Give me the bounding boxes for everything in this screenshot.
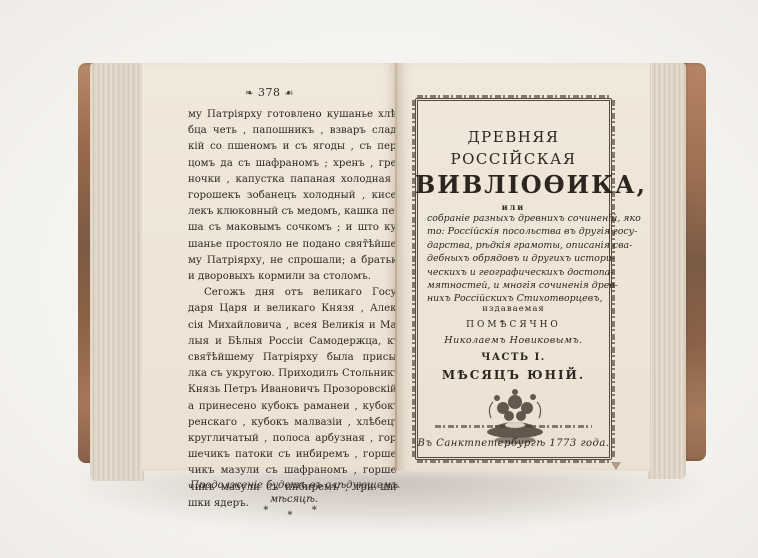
- ornament-right-icon: ☙: [284, 88, 293, 99]
- asterisk-icon: *: [312, 505, 325, 516]
- text-line: ночки , капустка папаная холодная ,: [188, 172, 400, 188]
- left-page: ❧ 378 ☙ му Патріярху готовлено кушанье х…: [142, 63, 397, 471]
- text-line: му Патріярху, не спрошали; а братью: [188, 253, 400, 269]
- asterisk-icon: *: [263, 505, 276, 516]
- chain-ornament-bottom: [417, 459, 610, 463]
- text-line: лекъ клюковный съ медомъ, кашка пер-: [188, 204, 400, 220]
- text-line: свят̃ѣйшему Патріярху была присы-: [188, 350, 400, 366]
- text-line: а принесено кубокъ раманеи , кубокъ: [188, 399, 400, 415]
- description-line: дебныхъ обрядовъ и другихъ истори-: [427, 252, 600, 265]
- text-line: горошекъ зобанецъ холодный , кисе-: [188, 188, 400, 204]
- text-line: бца четь , папошникъ , взваръ слад-: [188, 123, 400, 139]
- title-description: собраніе разныхъ древнихъ сочиненій, яко…: [427, 212, 600, 306]
- title-line-3: ВИВЛІОѲИКА,: [415, 170, 612, 199]
- text-line: сія Михайловича , всея Великія и Ма-: [188, 318, 400, 334]
- text-line: Князь Петръ Ивановичъ Прозоровскій,: [188, 382, 400, 398]
- text-line: шанье простояло не подано свят̃ѣйше-: [188, 237, 400, 253]
- title-line-2: РОССІЙСКАЯ: [415, 150, 612, 168]
- page-edges-right: [648, 63, 686, 479]
- page-edges-left: [90, 63, 144, 481]
- text-line: му Патріярху готовлено кушанье хлѣ-: [188, 107, 400, 123]
- continuation-note: Продолженіе будетъ въ слѣдующемъ мѣсяцѣ.: [188, 479, 400, 507]
- page-number: ❧ 378 ☙: [142, 86, 397, 99]
- text-line: кругличатый , полоса арбузная , гор-: [188, 431, 400, 447]
- month-label: МѢСЯЦЪ ЮНІЙ.: [415, 368, 612, 382]
- part-number: ЧАСТЬ I.: [415, 352, 612, 363]
- text-line: ша съ маковымъ сочкомъ ; и што ку-: [188, 220, 400, 236]
- page-number-value: 378: [258, 86, 281, 99]
- text-line: лыя и Бѣлыя Россіи Самодержца, къ: [188, 334, 400, 350]
- text-line: кій со пшеномъ и съ ягоды , съ пер-: [188, 139, 400, 155]
- book-photograph: ❧ 378 ☙ му Патріярху готовлено кушанье х…: [0, 0, 758, 558]
- text-line: чикъ мазули съ шафраномъ , горше-: [188, 463, 400, 479]
- text-line: цомъ да съ шафраномъ ; хренъ , гре-: [188, 156, 400, 172]
- description-line: то: Россійскія посольства въ другія госу…: [427, 225, 600, 238]
- asterism: * * *: [188, 505, 400, 516]
- description-line: мятностей, и многія сочиненія древ-: [427, 279, 600, 292]
- published-label: издаваемая: [415, 304, 612, 314]
- subtitle-or: или: [415, 202, 612, 212]
- description-line: дарства, рѣдкія грамоты, описанія сва-: [427, 239, 600, 252]
- body-text: му Патріярху готовлено кушанье хлѣ-бца ч…: [188, 107, 400, 512]
- text-line: лка съ укругою. Приходилъ Стольникъ: [188, 366, 400, 382]
- publisher-name: Николаемъ Новиковымъ.: [415, 335, 612, 346]
- chain-ornament-top: [417, 95, 610, 99]
- imprint: Въ Санктпетербургѣ 1773 года.: [415, 438, 612, 449]
- asterisk-icon: *: [288, 510, 301, 521]
- ornament-left-icon: ❧: [245, 88, 254, 99]
- monthly-label: ПОМѢСЯЧНО: [415, 320, 612, 330]
- text-line: даря Царя и великаго Князя , Алек-: [188, 301, 400, 317]
- text-line: и дворовыхъ кормили за столомъ.: [188, 269, 400, 285]
- text-line: шечикъ патоки съ инбиремъ , горше-: [188, 447, 400, 463]
- title-line-1: ДРЕВНЯЯ: [415, 128, 612, 146]
- text-line: Сегожъ дня отъ великаго Госу-: [188, 285, 400, 301]
- title-page-frame: ДРЕВНЯЯ РОССІЙСКАЯ ВИВЛІОѲИКА, или собра…: [415, 98, 612, 460]
- description-line: собраніе разныхъ древнихъ сочиненій, яко: [427, 212, 600, 225]
- text-line: ренскаго , кубокъ малвазіи , хлѣбецъ: [188, 415, 400, 431]
- description-line: ческихъ и географическихъ достопа-: [427, 266, 600, 279]
